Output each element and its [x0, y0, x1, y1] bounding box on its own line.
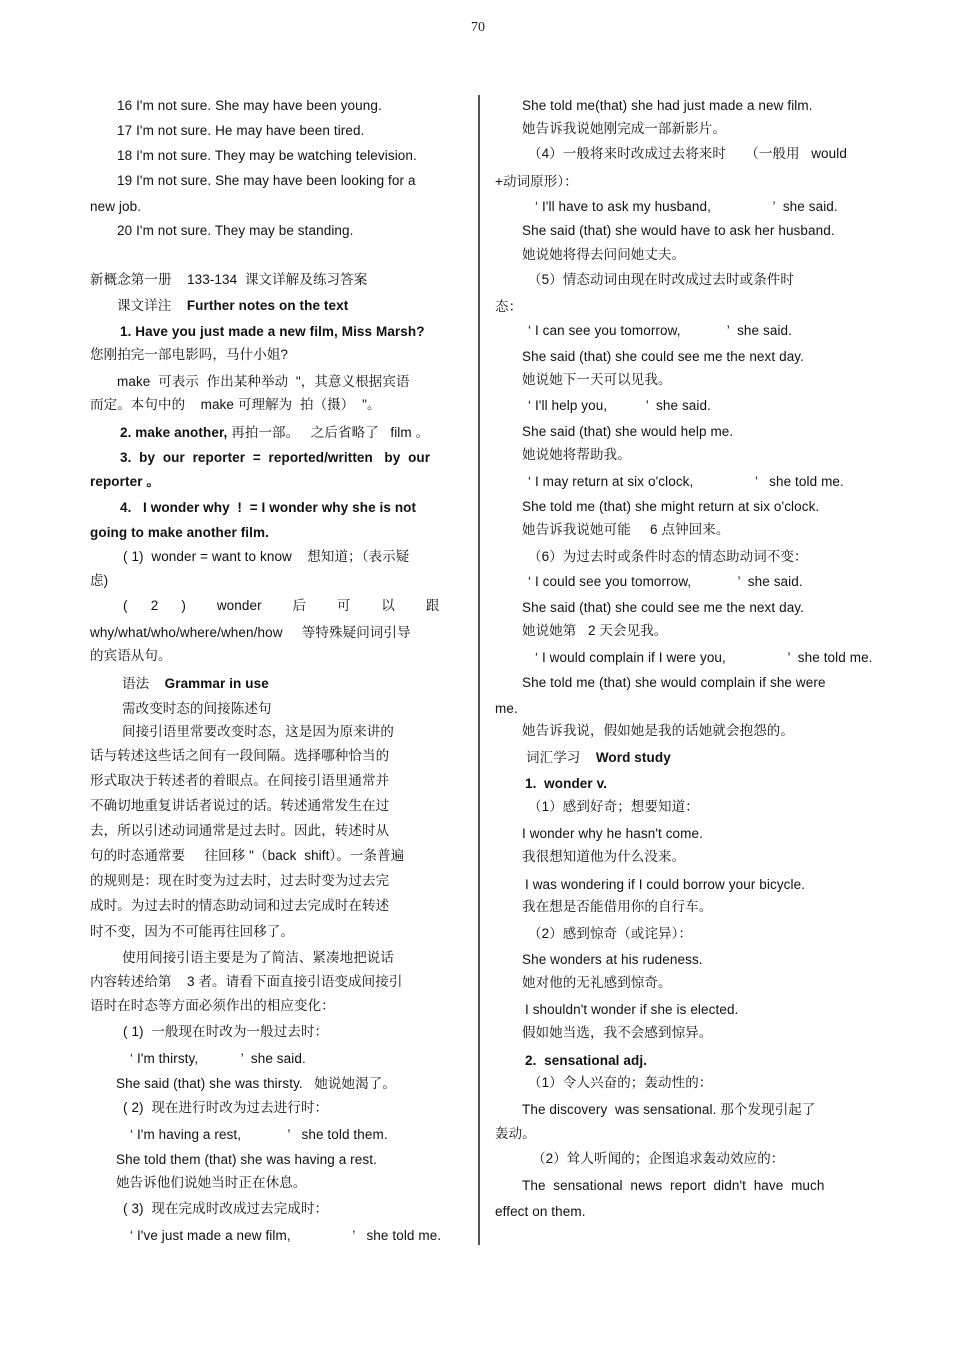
text-line: （1）感到好奇；想要知道：	[528, 797, 699, 817]
text-line: 的规则是：现在时变为过去时，过去时变为过去完	[90, 871, 389, 891]
text-line: ‘ I would complain if I were you, ’ she …	[535, 648, 873, 668]
text-line: She said (that) she would have to ask he…	[522, 221, 835, 241]
text-line: She said (that) she could see me the nex…	[522, 347, 804, 367]
text-line: +动词原形）：	[495, 172, 578, 192]
text-line: 她说她将帮助我。	[522, 445, 631, 465]
text-line: （1）令人兴奋的；轰动性的：	[528, 1073, 712, 1093]
text-line: 内容转述给第 3 者。请看下面直接引语变成间接引	[90, 972, 402, 992]
text-line: 她说她下一天可以见我。	[522, 370, 672, 390]
text-line: 20 I'm not sure. They may be standing.	[117, 221, 354, 241]
text-line: reporter 。	[90, 472, 160, 492]
note-text: 再拍一部。 之后省略了 film 。	[227, 425, 429, 440]
text-line: She told me (that) she would complain if…	[522, 673, 826, 693]
text-line: ‘ I've just made a new film, ’ she told …	[130, 1226, 441, 1246]
text-line: 需改变时态的间接陈述句	[122, 699, 272, 719]
text-line: 使用间接引语主要是为了简洁、紧凑地把说话	[122, 948, 394, 968]
text-line: why/what/who/where/when/how 等特殊疑问词引导	[90, 623, 411, 643]
text-line: She told me(that) she had just made a ne…	[522, 96, 813, 116]
text-line: The discovery was sensational. 那个发现引起了	[522, 1100, 816, 1120]
text-line: 4. I wonder why ! = I wonder why she is …	[120, 498, 416, 518]
text-line: new job.	[90, 197, 141, 217]
text-line: 语时在时态等方面必须作出的相应变化：	[90, 996, 335, 1016]
text-line: ( 2 ) wonder 后 可 以 跟	[123, 596, 439, 616]
text-line: 去，所以引述动词通常是过去时。因此，转述时从	[90, 821, 389, 841]
text-line: （2）感到惊奇（或诧异）：	[528, 924, 692, 944]
text-line: ( 1) 一般现在时改为一般过去时：	[123, 1022, 328, 1042]
text-line: （5）情态动词由现在时改成过去时或条件时	[528, 270, 794, 290]
text-line: 词汇学习 Word study	[526, 748, 671, 768]
text-line: 她告诉他们说她当时正在休息。	[116, 1173, 306, 1193]
text-line: The sensational news report didn't have …	[522, 1176, 825, 1196]
text-line: 不确切地重复讲话者说过的话。转述通常发生在过	[90, 796, 389, 816]
text-line: me.	[495, 699, 518, 719]
text-line: 她告诉我说她刚完成一部新影片。	[522, 119, 726, 139]
text-line: 2. make another, 再拍一部。 之后省略了 film 。	[120, 423, 429, 443]
text-line: 语法 Grammar in use	[122, 674, 269, 694]
text-line: 19 I'm not sure. She may have been looki…	[117, 171, 416, 191]
text-line: 课文详注 Further notes on the text	[117, 296, 348, 316]
text-line: ‘ I'm thirsty, ’ she said.	[130, 1049, 306, 1069]
text-line: 而定。本句中的 make 可理解为 拍（摄） "。	[90, 395, 381, 415]
text-line: 2. sensational adj.	[525, 1051, 647, 1071]
column-divider	[478, 95, 480, 1245]
text-line: going to make another film.	[90, 523, 269, 543]
text-line: 她对他的无礼感到惊奇。	[522, 973, 672, 993]
text-line: 她说她第 2 天会见我。	[522, 621, 667, 641]
text-line: make 可表示 作出某种举动 "，其意义根据宾语	[117, 372, 410, 392]
text-line: 她告诉我说，假如她是我的话她就会抱怨的。	[522, 721, 794, 741]
note-term: 2. make another,	[120, 425, 227, 440]
text-line: She wonders at his rudeness.	[522, 950, 703, 970]
text-line: 1. wonder v.	[525, 774, 607, 794]
text-line: 态：	[495, 297, 522, 317]
text-line: 1. Have you just made a new film, Miss M…	[120, 322, 425, 342]
heading-label-en: Grammar in use	[165, 676, 269, 691]
text-line: I shouldn't wonder if she is elected.	[525, 1000, 738, 1020]
text-line: 她告诉我说她可能 6 点钟回来。	[522, 520, 730, 540]
text-line: 形式取决于转述者的着眼点。在间接引语里通常并	[90, 771, 389, 791]
text-line: 句的时态通常要 往回移 "（back shift）。一条普遍	[90, 846, 404, 866]
text-line: 18 I'm not sure. They may be watching te…	[117, 146, 417, 166]
text-line: （6）为过去时或条件时态的情态助动词不变：	[528, 547, 808, 567]
text-line: 17 I'm not sure. He may have been tired.	[117, 121, 364, 141]
text-line: I was wondering if I could borrow your b…	[525, 875, 805, 895]
text-line: 新概念第一册 133-134 课文详解及练习答案	[90, 270, 367, 290]
text-line: I wonder why he hasn't come.	[522, 824, 703, 844]
text-line: 话与转述这些话之间有一段间隔。选择哪种恰当的	[90, 746, 389, 766]
text-line: ( 3) 现在完成时改成过去完成时：	[123, 1199, 328, 1219]
text-line: 轰动。	[495, 1124, 536, 1144]
heading-label-en: Word study	[596, 750, 671, 765]
heading-label-cn: 词汇学习	[526, 750, 596, 765]
text-line: 您刚拍完一部电影吗，马什小姐?	[90, 345, 288, 365]
text-line: （2）耸人听闻的；企图追求轰动效应的：	[532, 1149, 784, 1169]
text-line: 16 I'm not sure. She may have been young…	[117, 96, 382, 116]
text-line: She said (that) she could see me the nex…	[522, 598, 804, 618]
text-line: 3. by our reporter = reported/written by…	[120, 448, 430, 468]
text-line: ‘ I could see you tomorrow, ’ she said.	[528, 572, 803, 592]
text-line: ‘ I'll have to ask my husband, ’ she sai…	[535, 197, 838, 217]
heading-label-cn: 课文详注	[117, 298, 187, 313]
heading-label-cn: 语法	[122, 676, 165, 691]
text-line: 假如她当选，我不会感到惊异。	[522, 1023, 712, 1043]
page-number: 70	[0, 20, 956, 36]
text-line: ‘ I may return at six o'clock, ’ she tol…	[528, 472, 844, 492]
text-line: 时不变，因为不可能再往回移了。	[90, 922, 294, 942]
text-line: ‘ I'm having a rest, ’ she told them.	[130, 1125, 388, 1145]
text-line: effect on them.	[495, 1202, 586, 1222]
text-line: ( 2) 现在进行时改为过去进行时：	[123, 1098, 328, 1118]
text-line: （4）一般将来时改成过去将来时 （一般用 would	[528, 144, 847, 164]
text-line: ‘ I'll help you, ’ she said.	[528, 396, 711, 416]
text-line: 成时。为过去时的情态助动词和过去完成时在转述	[90, 896, 389, 916]
text-line: She said (that) she was thirsty. 她说她渴了。	[116, 1074, 396, 1094]
text-line: 我很想知道他为什么没来。	[522, 847, 685, 867]
text-line: 虑)	[90, 571, 108, 591]
text-line: 我在想是否能借用你的自行车。	[522, 897, 712, 917]
text-line: ‘ I can see you tomorrow, ’ she said.	[528, 321, 792, 341]
text-line: ( 1) wonder = want to know 想知道；（表示疑	[123, 547, 409, 567]
text-line: She told me (that) she might return at s…	[522, 497, 819, 517]
text-line: 间接引语里常要改变时态，这是因为原来讲的	[122, 722, 394, 742]
heading-label-en: Further notes on the text	[187, 298, 349, 313]
text-line: 的宾语从句。	[90, 646, 172, 666]
text-line: 她说她将得去问问她丈夫。	[522, 245, 685, 265]
text-line: She said (that) she would help me.	[522, 422, 733, 442]
text-line: She told them (that) she was having a re…	[116, 1150, 377, 1170]
